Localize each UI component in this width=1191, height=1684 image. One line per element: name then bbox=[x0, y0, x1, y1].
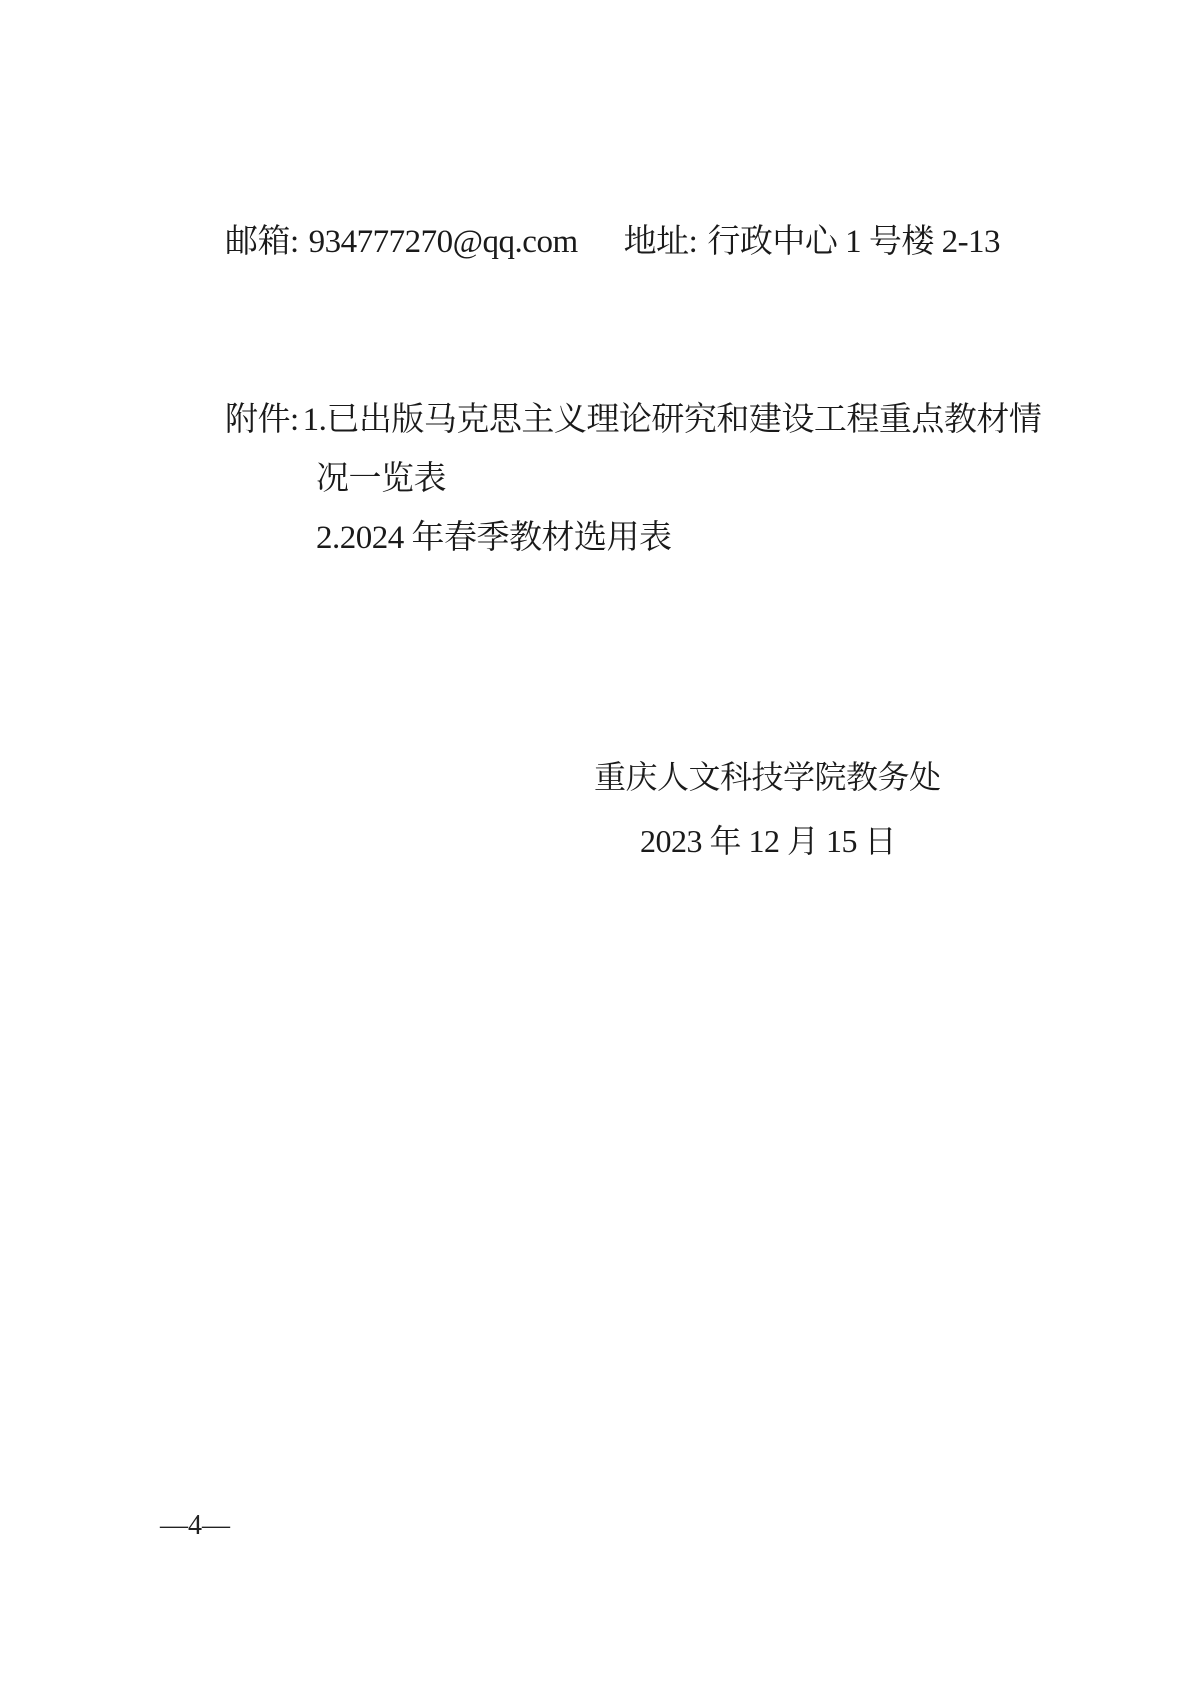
page-number-text: —4— bbox=[160, 1510, 230, 1541]
document-page: 邮箱:934777270@qq.com地址:行政中心 1 号楼 2-13 附件:… bbox=[0, 0, 1191, 1684]
attachment-item1-number: 1. bbox=[303, 402, 327, 438]
signature-organization-text: 重庆人文科技学院教务处 bbox=[594, 759, 941, 795]
attachment-item2: 2.2024 年春季教材选用表 bbox=[316, 518, 672, 558]
attachment-item1-continuation-text: 况一览表 bbox=[316, 461, 446, 497]
email-value: 934777270@qq.com bbox=[309, 224, 578, 260]
attachment-label: 附件: bbox=[225, 402, 299, 438]
signature-date-text: 2023 年 12 月 15 日 bbox=[640, 823, 896, 859]
address-value: 行政中心 1 号楼 2-13 bbox=[707, 224, 1000, 260]
contact-line: 邮箱:934777270@qq.com地址:行政中心 1 号楼 2-13 bbox=[225, 222, 1000, 262]
attachment-heading-line: 附件:1.已出版马克思主义理论研究和建设工程重点教材情 bbox=[225, 400, 1041, 440]
attachment-item1-continuation: 况一览表 bbox=[316, 459, 446, 499]
email-label: 邮箱: bbox=[225, 224, 299, 260]
address-label: 地址: bbox=[624, 224, 698, 260]
attachment-item2-text: 2.2024 年春季教材选用表 bbox=[316, 520, 672, 556]
signature-organization: 重庆人文科技学院教务处 bbox=[594, 757, 941, 797]
signature-date: 2023 年 12 月 15 日 bbox=[640, 821, 896, 861]
attachment-item1-text: 已出版马克思主义理论研究和建设工程重点教材情 bbox=[326, 402, 1041, 438]
page-number: —4— bbox=[160, 1506, 230, 1546]
